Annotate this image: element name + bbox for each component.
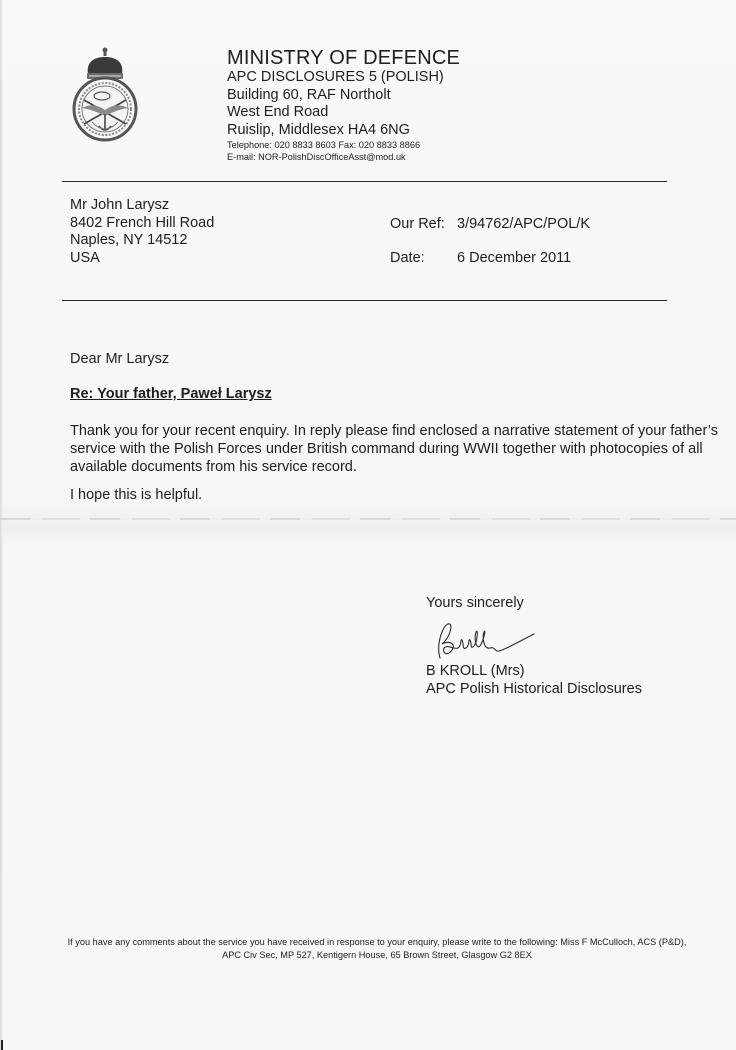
paper-fold-line	[0, 518, 736, 520]
signer-name: B KROLL (Mrs)	[426, 662, 642, 680]
telephone-fax: Telephone: 020 8833 8603 Fax: 020 8833 8…	[227, 139, 460, 151]
handwritten-signature-icon	[432, 618, 537, 662]
subject-line: Re: Your father, Paweł Larysz	[70, 386, 272, 402]
recipient-line: Mr John Larysz	[70, 197, 214, 215]
signer: B KROLL (Mrs) APC Polish Historical Disc…	[426, 662, 642, 698]
ref-value: 3/94762/APC/POL/K	[457, 216, 590, 232]
our-reference: Our Ref:3/94762/APC/POL/K	[390, 216, 590, 232]
address-divider	[62, 300, 667, 301]
address-line-1: Building 60, RAF Northolt	[227, 87, 460, 105]
royal-crest-icon	[68, 44, 142, 144]
date-label: Date:	[390, 250, 457, 266]
organisation-name: MINISTRY OF DEFENCE	[227, 47, 460, 69]
department-name: APC DISCLOSURES 5 (POLISH)	[227, 69, 460, 87]
letter-date: Date:6 December 2011	[390, 250, 571, 266]
header-divider	[62, 181, 667, 182]
body-paragraph: Thank you for your recent enquiry. In re…	[70, 422, 720, 476]
footer-note: If you have any comments about the servi…	[62, 936, 692, 961]
recipient-line: Naples, NY 14512	[70, 232, 214, 250]
closing-line: I hope this is helpful.	[70, 487, 202, 503]
ref-label: Our Ref:	[390, 216, 457, 232]
recipient-address: Mr John Larysz 8402 French Hill Road Nap…	[70, 197, 214, 267]
email-address: E-mail: NOR-PolishDiscOfficeAsst@mod.uk	[227, 151, 460, 163]
valediction: Yours sincerely	[426, 594, 524, 612]
address-line-3: Ruislip, Middlesex HA4 6NG	[227, 122, 460, 140]
scan-mark	[1, 1040, 3, 1050]
recipient-line: 8402 French Hill Road	[70, 215, 214, 233]
address-line-2: West End Road	[227, 104, 460, 122]
recipient-line: USA	[70, 250, 214, 268]
letter-page: MINISTRY OF DEFENCE APC DISCLOSURES 5 (P…	[0, 0, 736, 1050]
signer-title: APC Polish Historical Disclosures	[426, 680, 642, 698]
letterhead: MINISTRY OF DEFENCE APC DISCLOSURES 5 (P…	[227, 47, 460, 163]
date-value: 6 December 2011	[457, 250, 571, 266]
salutation: Dear Mr Larysz	[70, 351, 169, 367]
scan-edge	[0, 0, 3, 1050]
